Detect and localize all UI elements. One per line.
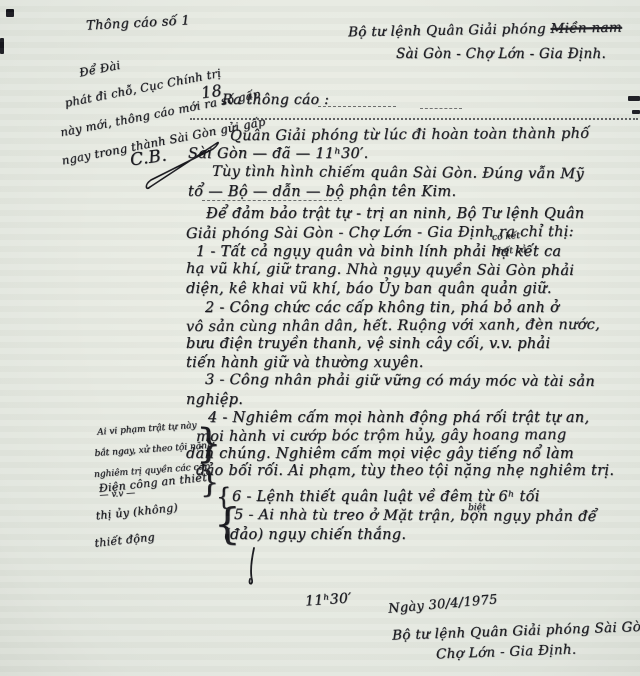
body-line: diện, kê khai vũ khí, báo Ủy ban quân qu… (186, 281, 552, 297)
announce-prefix: 18 (200, 81, 223, 103)
dotted-underline (202, 200, 342, 201)
body-line: vô sản cùng nhân dân, hết. Ruộng với xan… (186, 317, 600, 335)
dotted-leader (420, 108, 462, 109)
dotted-leader (318, 106, 396, 107)
ink-speck (632, 110, 640, 114)
body-line: 3 - Công nhân phải giữ vững có máy móc v… (205, 372, 595, 390)
body-line: Để đảm bảo trật tự - trị an ninh, Bộ Tư … (206, 206, 584, 222)
footer-signing-unit-line1: Bộ tư lệnh Quân Giải phóng Sài Gòn - (392, 618, 640, 643)
margin-annotation-b: Điện công an thiết thị ủy (không) thiết … (82, 472, 194, 522)
announce-label: Ra thông cáo : (222, 92, 329, 108)
footer-signing-unit-line2: Chợ Lớn - Gia Định. (436, 642, 577, 663)
margin-note-line: thiết động (94, 526, 203, 550)
dotted-leader (190, 118, 638, 120)
margin-annotation-a: Ai vi phạm trật tự này bắt ngay, xử theo… (91, 420, 212, 468)
margin-note-line: Ai vi phạm trật tự này (97, 420, 216, 438)
body-line: 2 - Công chức các cấp không tin, phá bỏ … (205, 300, 559, 316)
body-line: hạ vũ khí, giữ trang. Nhà ngụy quyền Sài… (186, 261, 574, 279)
ink-speck (6, 9, 14, 17)
scanned-handwritten-document: Thông cáo số 1 Để Đài phát đi chỗ, Cục C… (0, 0, 640, 676)
body-line: tổ — Bộ — dẫn — bộ phận tên Kim. (188, 184, 456, 200)
header-unit-line1: Bộ tư lệnh Quân Giải phóng Miền nam (348, 20, 622, 41)
body-line: 4 - Nghiêm cấm mọi hành động phá rối trậ… (208, 410, 589, 426)
stray-ink-stroke (244, 548, 264, 588)
body-line: (đảo) ngụy chiến thắng. (224, 527, 406, 543)
body-line: tiến hành giữ và thường xuyên. (186, 355, 424, 371)
margin-note-line: thị ủy (không) (95, 498, 204, 522)
ink-speck (628, 96, 640, 101)
interlinear-insert: hết cả (498, 245, 527, 257)
footer-date: Ngày 30/4/1975 (388, 592, 499, 617)
header-unit-line2: Sài Gòn - Chợ Lớn - Gia Định. (396, 46, 606, 62)
header-unit-text: Bộ tư lệnh Quân Giải phóng (348, 21, 546, 40)
brace-mark: { (214, 503, 241, 545)
body-line: mọi hành vi cướp bóc trộm hủy, gây hoang… (196, 427, 567, 445)
body-line: nghiệp. (186, 392, 243, 408)
header-struck-word: Miền nam (550, 20, 622, 37)
side-annotation-block: Để Đài phát đi chỗ, Cục Chính trị này mớ… (45, 33, 259, 128)
interlinear-insert: có kết (492, 231, 521, 243)
body-line: 6 - Lệnh thiết quân luật về đêm từ 6ʰ tố… (232, 489, 540, 505)
ink-speck (0, 38, 4, 54)
footer-time: 11ʰ30′ (304, 590, 352, 609)
body-line: Sài Gòn — đã — 11ʰ30′. (188, 146, 369, 162)
margin-note-line: bắt ngay, xử theo tội nặng (94, 441, 213, 459)
body-line: đảo bối rối. Ai phạm, tùy theo tội nặng … (196, 463, 614, 479)
body-line: Quân Giải phóng từ lúc đi hoàn toàn thàn… (230, 126, 590, 145)
body-line: 5 - Ai nhà tù treo ở Mặt trận, bọn ngụy … (234, 507, 597, 525)
body-line: Tùy tình hình chiếm quân Sài Gòn. Đúng v… (212, 164, 584, 183)
body-line: dân chúng. Nghiêm cấm mọi việc gây tiếng… (186, 446, 574, 462)
body-line: bưu điện truyền thanh, vệ sinh cây cối, … (186, 336, 550, 352)
top-corner-note: Thông cáo số 1 (86, 13, 191, 33)
interlinear-insert: biệt (468, 503, 486, 513)
